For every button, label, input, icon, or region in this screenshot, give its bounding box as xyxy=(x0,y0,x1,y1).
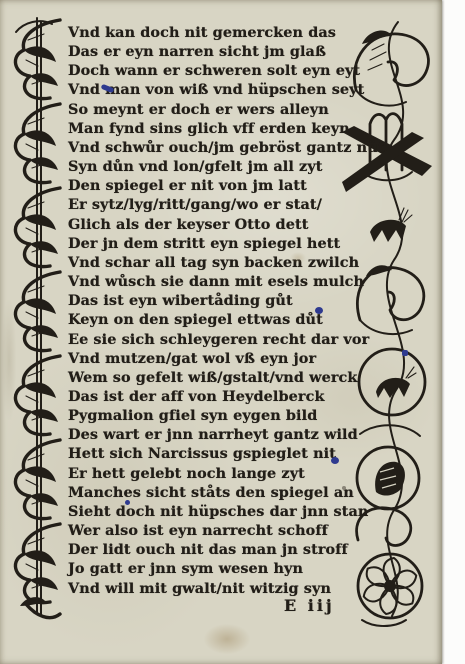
poem-line: Der jn dem stritt eyn spiegel hett xyxy=(68,234,358,253)
poem-line: So meynt er doch er wers alleyn xyxy=(68,100,358,119)
poem-line: Ee sie sich schleygeren recht dar vor xyxy=(68,330,358,349)
poem-line: Vnd schar all tag syn backen zwilch xyxy=(68,253,358,272)
poem-line: Wer also ist eyn narrecht schoff xyxy=(68,521,358,540)
poem-line: Das ist der aff von Heydelberck xyxy=(68,387,358,406)
poem-line: Das ist eyn wibertåding gůt xyxy=(68,291,358,310)
poem-line: Glich als der keyser Otto dett xyxy=(68,215,358,234)
poem-line: Den spiegel er nit von jm latt xyxy=(68,176,358,195)
poem-line: Pygmalion gfiel syn eygen bild xyxy=(68,406,358,425)
poem-line: Vnd kan doch nit gemercken das xyxy=(68,23,358,42)
poem-line: Manches sicht ståts den spiegel an xyxy=(68,483,358,502)
poem-line: Keyn on den spiegel ettwas důt xyxy=(68,310,358,329)
book-page: Vnd kan doch nit gemercken dasDas er eyn… xyxy=(0,0,442,664)
poem-line: Syn důn vnd lon/gfelt jm all zyt xyxy=(68,157,358,176)
left-border-woodcut xyxy=(6,14,64,630)
poem-line: Hett sich Narcissus gspieglet nit xyxy=(68,444,358,463)
poem-line: Der lidt ouch nit das man jn stroff xyxy=(68,540,358,559)
ink-spot xyxy=(331,457,339,464)
poem-line: Doch wann er schweren solt eyn eyt xyxy=(68,61,358,80)
poem-line: Das er eyn narren sicht jm glaß xyxy=(68,42,358,61)
poem-line: Man fynd sins glich vff erden keyn xyxy=(68,119,358,138)
poem-line: Er hett gelebt noch lange zyt xyxy=(68,464,358,483)
poem-line: Vnd will mit gwalt/nit witzig syn xyxy=(68,579,358,598)
poem-line: Jo gatt er jnn sym wesen hyn xyxy=(68,559,358,578)
poem-line: Vnd schwůr ouch/jm gebröst gantz nüt xyxy=(68,138,358,157)
ink-spot xyxy=(402,350,408,356)
poem-line: Vnd wůsch sie dann mit esels mulch xyxy=(68,272,358,291)
ink-spot xyxy=(342,486,346,490)
poem-line: Des wart er jnn narrheyt gantz wild xyxy=(68,425,358,444)
quire-signature: E iij xyxy=(284,596,335,615)
poem-line: Wem so gefelt wiß/gstalt/vnd werck xyxy=(68,368,358,387)
poem-line: Vnd mutzen/gat wol vß eyn jor xyxy=(68,349,358,368)
stain xyxy=(204,624,250,654)
poem-line: Sieht doch nit hüpsches dar jnn stan xyxy=(68,502,358,521)
ink-spot xyxy=(125,500,130,505)
ink-spot xyxy=(315,307,323,314)
poem-line: Er sytz/lyg/ritt/gang/wo er stat/ xyxy=(68,195,358,214)
